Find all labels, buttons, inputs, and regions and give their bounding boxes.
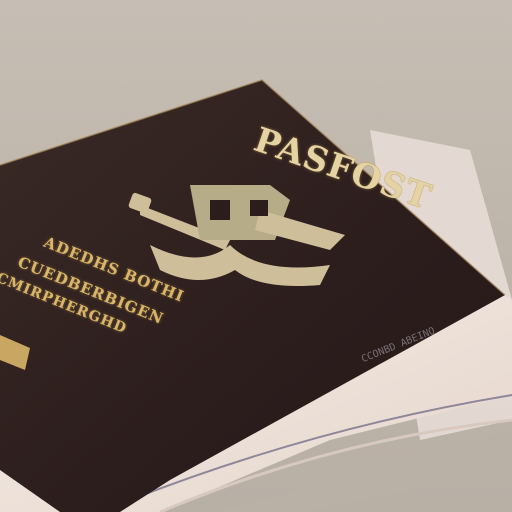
passport-photo: PASFOST ADEDHS BOTHI CUEDBERBIGEN CMIRPH… <box>0 0 512 512</box>
